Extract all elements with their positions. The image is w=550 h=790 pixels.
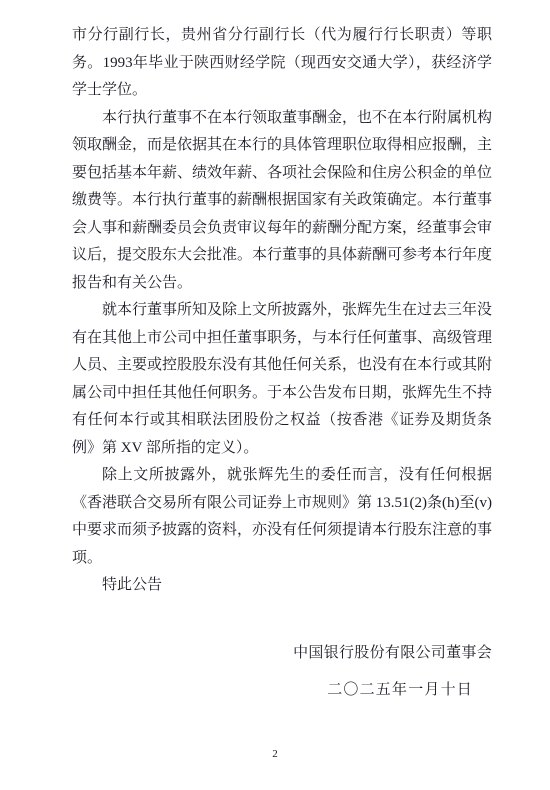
signature-block: 中国银行股份有限公司董事会 二〇二五年一月十日 bbox=[72, 640, 492, 705]
signature-date: 二〇二五年一月十日 bbox=[72, 677, 492, 705]
paragraph-biography-continuation: 市分行副行长，贵州省分行副行长（代为履行行长职责）等职务。1993年毕业于陕西财… bbox=[72, 22, 492, 105]
paragraph-remuneration: 本行执行董事不在本行领取董事酬金，也不在本行附属机构领取酬金，而是依据其在本行的… bbox=[72, 105, 492, 298]
document-body: 市分行副行长，贵州省分行副行长（代为履行行长职责）等职务。1993年毕业于陕西财… bbox=[72, 22, 492, 705]
announcement-page: 市分行副行长，贵州省分行副行长（代为履行行长职责）等职务。1993年毕业于陕西财… bbox=[0, 0, 550, 790]
closing-statement: 特此公告 bbox=[72, 572, 492, 600]
paragraph-director-disclosure: 就本行董事所知及除上文所披露外，张辉先生在过去三年没有在其他上市公司中担任董事职… bbox=[72, 297, 492, 462]
signature-company: 中国银行股份有限公司董事会 bbox=[72, 640, 492, 668]
page-number: 2 bbox=[0, 748, 550, 760]
paragraph-listing-rules: 除上文所披露外，就张辉先生的委任而言，没有任何根据《香港联合交易所有限公司证券上… bbox=[72, 462, 492, 572]
